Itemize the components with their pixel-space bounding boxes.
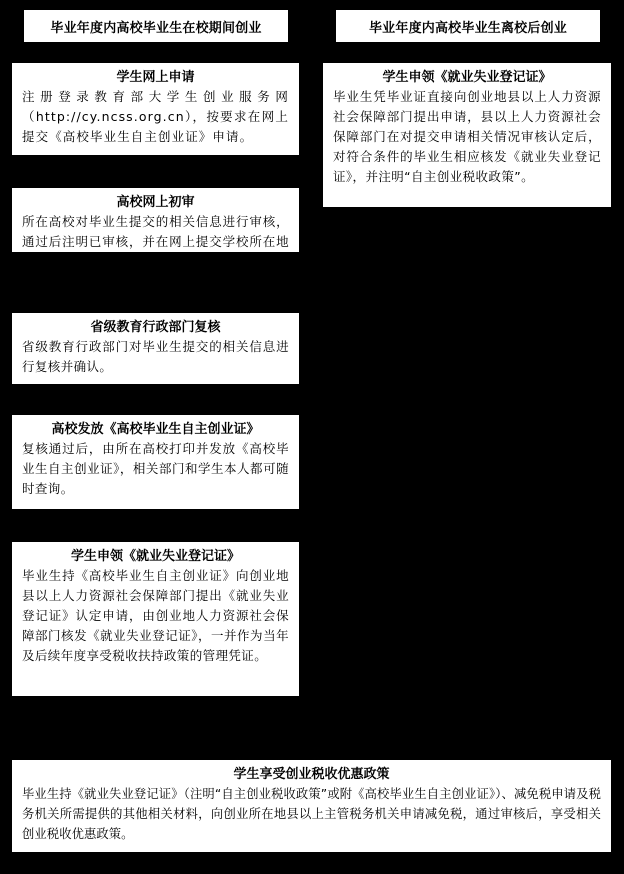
- step-description: 复核通过后，由所在高校打印并发放《高校毕业生自主创业证》，相关部门和学生本人都可…: [22, 439, 289, 499]
- step-tax-benefit: 学生享受创业税收优惠政策 毕业生持《就业失业登记证》（注明“自主创业税收政策”或…: [12, 760, 611, 852]
- step-description: 省级教育行政部门对毕业生提交的相关信息进行复核并确认。: [22, 337, 289, 377]
- step-university-initial-review: 高校网上初审 所在高校对毕业生提交的相关信息进行审核，通过后注明已审核，并在网上…: [12, 188, 299, 252]
- step-title: 省级教育行政部门复核: [22, 319, 289, 337]
- step-title: 学生网上申请: [22, 69, 289, 87]
- left-column-header: 毕业年度内高校毕业生在校期间创业: [24, 10, 288, 42]
- step-employment-registration-left: 学生申领《就业失业登记证》 毕业生持《高校毕业生自主创业证》向创业地县以上人力资…: [12, 542, 299, 696]
- step-title: 学生申领《就业失业登记证》: [22, 548, 289, 566]
- step-employment-registration-right: 学生申领《就业失业登记证》 毕业生凭毕业证直接向创业地县以上人力资源社会保障部门…: [323, 63, 611, 207]
- step-title: 高校发放《高校毕业生自主创业证》: [22, 421, 289, 439]
- step-description: 毕业生持《高校毕业生自主创业证》向创业地县以上人力资源社会保障部门提出《就业失业…: [22, 566, 289, 666]
- step-description: 毕业生持《就业失业登记证》（注明“自主创业税收政策”或附《高校毕业生自主创业证》…: [22, 784, 601, 844]
- step-title: 高校网上初审: [22, 194, 289, 212]
- step-title: 学生享受创业税收优惠政策: [22, 766, 601, 784]
- step-description: 注册登录教育部大学生创业服务网（http://cy.ncss.org.cn），按…: [22, 87, 289, 147]
- step-online-application: 学生网上申请 注册登录教育部大学生创业服务网（http://cy.ncss.or…: [12, 63, 299, 155]
- step-description: 毕业生凭毕业证直接向创业地县以上人力资源社会保障部门提出申请，县以上人力资源社会…: [333, 87, 601, 187]
- step-provincial-review: 省级教育行政部门复核 省级教育行政部门对毕业生提交的相关信息进行复核并确认。: [12, 313, 299, 384]
- step-title: 学生申领《就业失业登记证》: [333, 69, 601, 87]
- step-certificate-issuance: 高校发放《高校毕业生自主创业证》 复核通过后，由所在高校打印并发放《高校毕业生自…: [12, 415, 299, 509]
- right-column-header: 毕业年度内高校毕业生离校后创业: [336, 10, 600, 42]
- step-description: 所在高校对毕业生提交的相关信息进行审核，通过后注明已审核，并在网上提交学校所在地…: [22, 212, 289, 272]
